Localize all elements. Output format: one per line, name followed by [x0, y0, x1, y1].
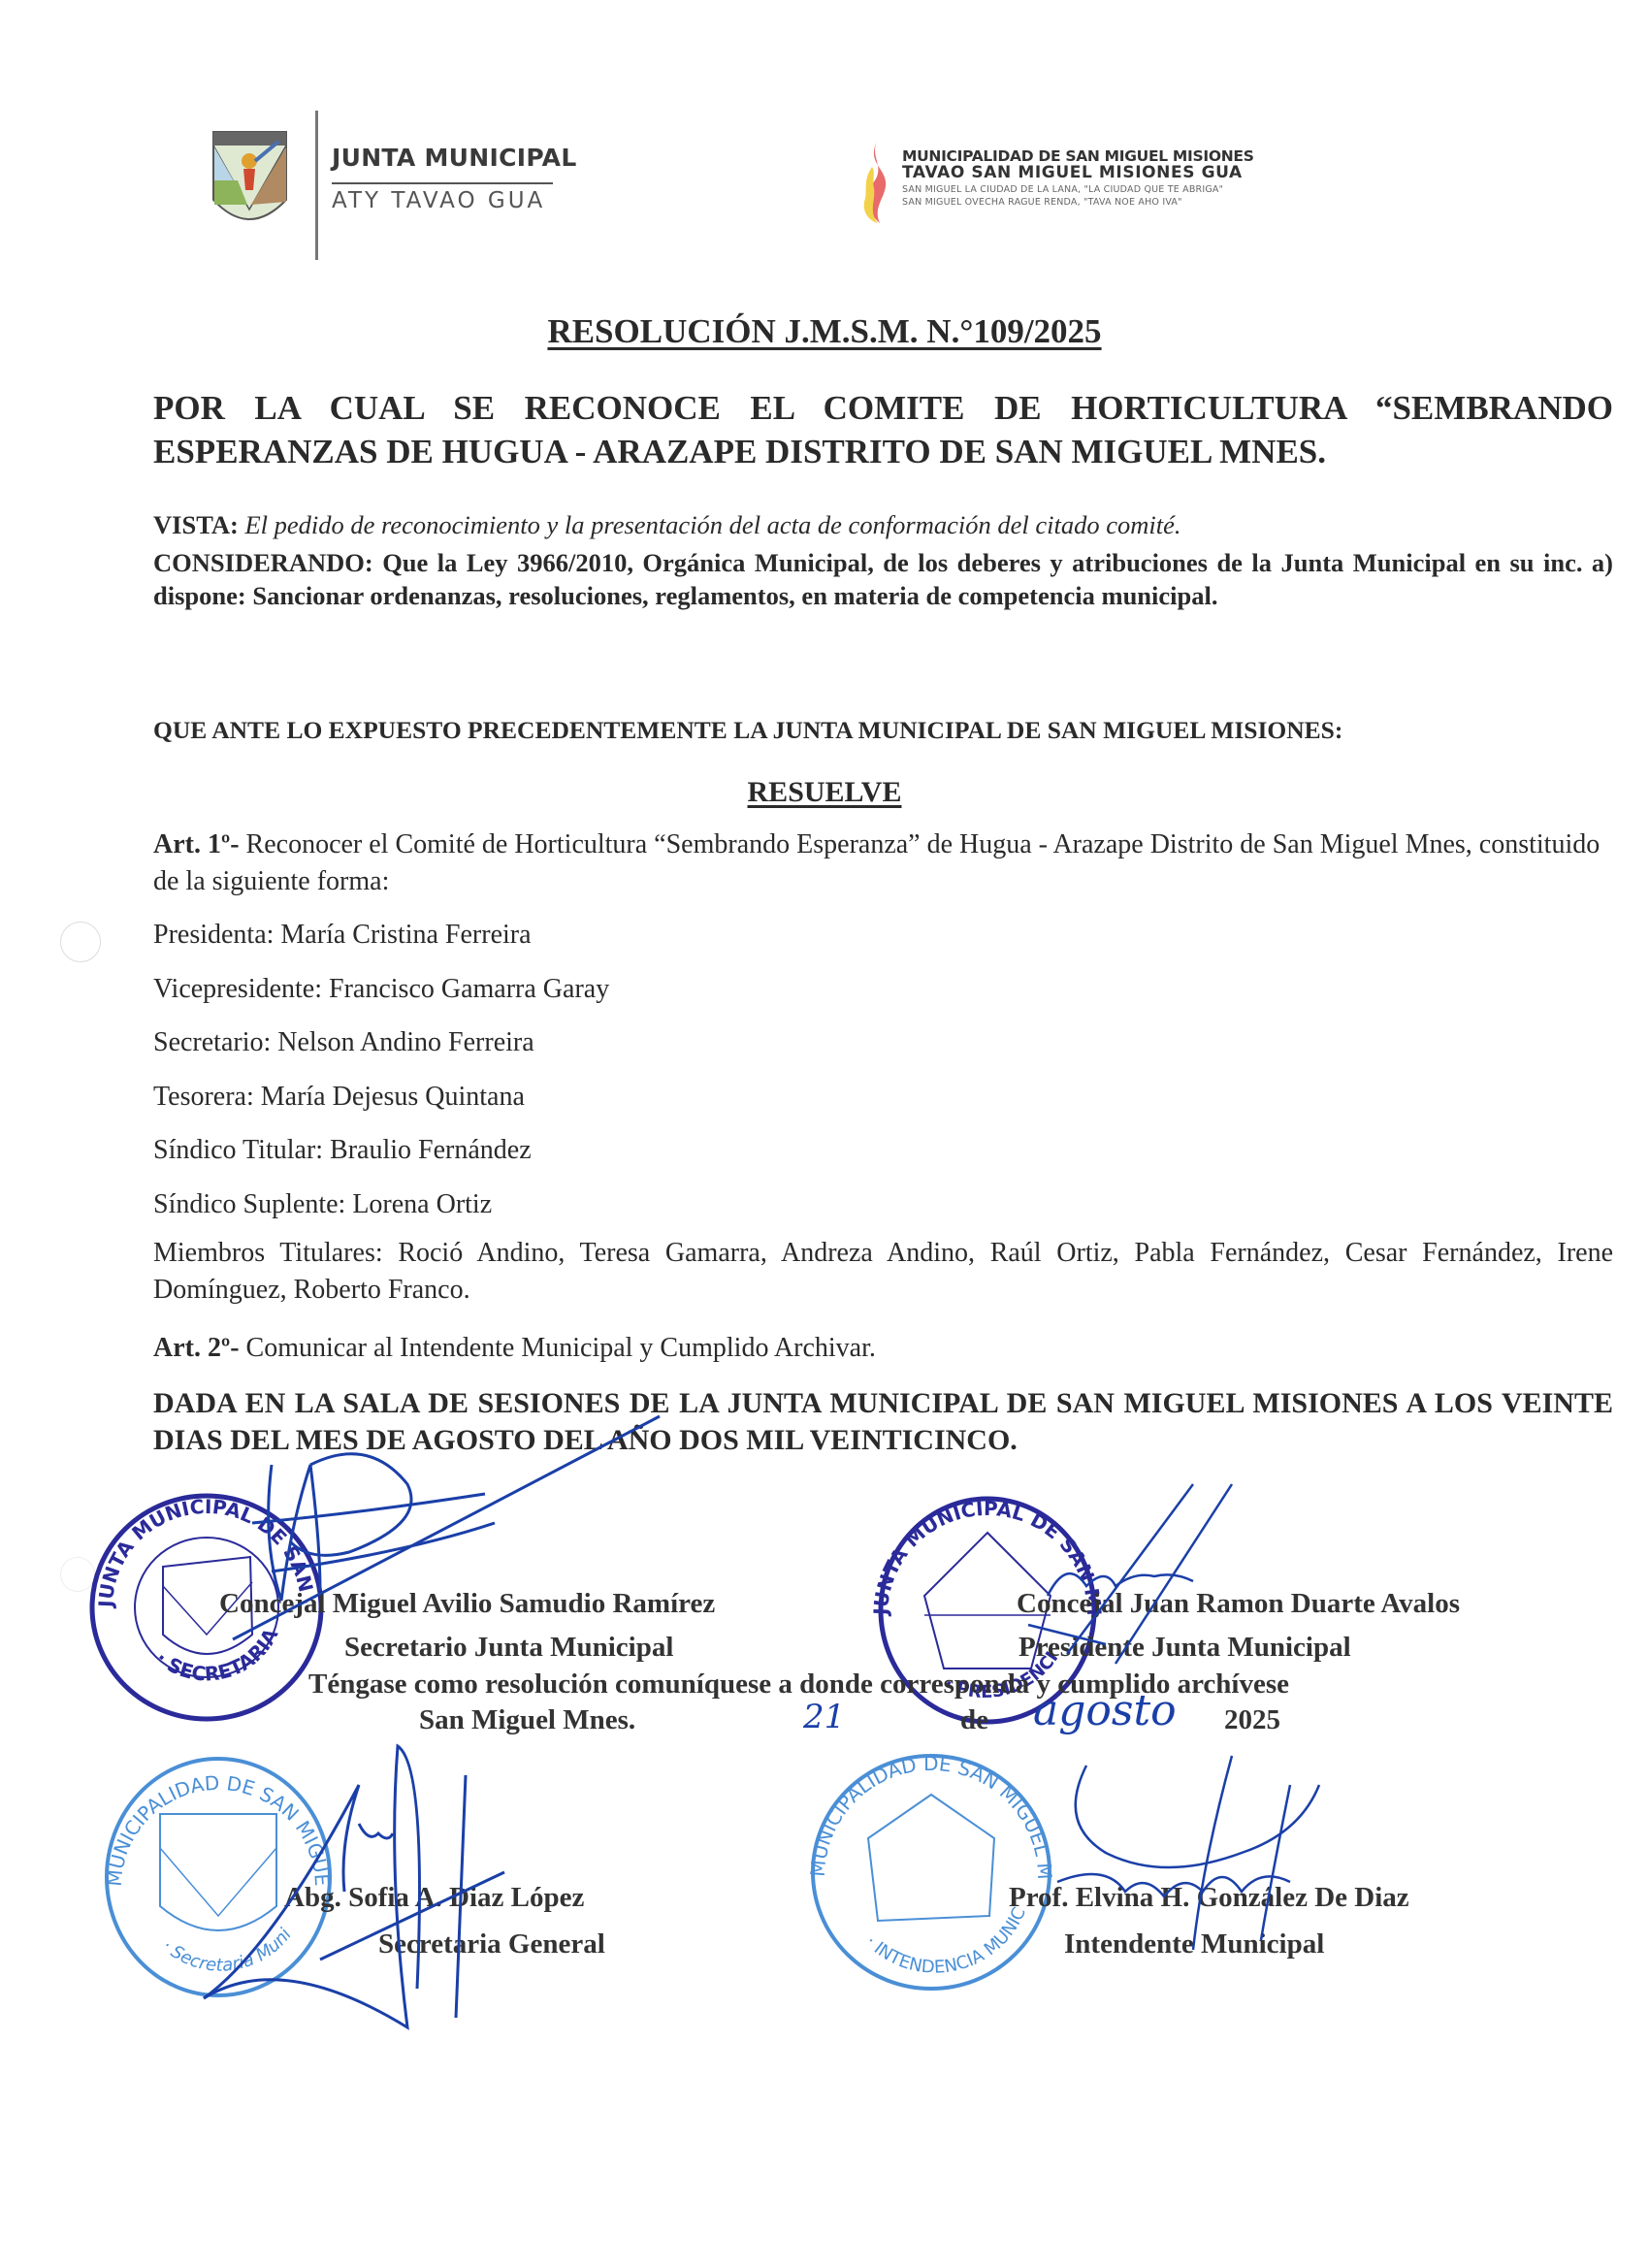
intendente-name: Prof. Elvina H. González De Diaz: [1009, 1882, 1409, 1914]
promulgation-text: Téngase como resolución comuníquese a do…: [308, 1669, 1289, 1701]
article-2: Art. 2º- Comunicar al Intendente Municip…: [153, 1332, 1613, 1365]
junta-municipal-title: JUNTA MUNICIPAL: [332, 144, 577, 172]
municipality-guarani-name: TAVAO SAN MIGUEL MISIONES GUA: [902, 163, 1243, 182]
flame-logo-icon: [858, 138, 897, 225]
article-1-label: Art. 1º-: [153, 829, 240, 859]
resolution-subject: POR LA CUAL SE RECONOCE EL COMITE DE HOR…: [153, 386, 1613, 473]
resolution-title: RESOLUCIÓN J.M.S.M. N.°109/2025: [0, 312, 1649, 351]
coat-of-arms-icon: [209, 122, 291, 239]
de-text: de: [960, 1704, 988, 1736]
intendente-title: Intendente Municipal: [1064, 1928, 1324, 1960]
junta-municipal-logo: JUNTA MUNICIPAL ATY TAVAO GUA: [209, 105, 558, 260]
municipalidad-logo: MUNICIPALIDAD DE SAN MIGUEL MISIONES TAV…: [858, 136, 1305, 223]
stamp-intendencia: MUNICIPALIDAD DE SAN MIGUEL MISIONES · I…: [800, 1741, 1062, 1993]
vista-label: VISTA:: [153, 510, 239, 539]
svg-text:MUNICIPALIDAD DE SAN MIGUEL MI: MUNICIPALIDAD DE SAN MIGUEL MISIONES: [800, 1741, 1056, 1880]
article-2-text: Comunicar al Intendente Municipal y Cump…: [240, 1333, 876, 1363]
title-underline: [332, 182, 553, 184]
dada-paragraph: DADA EN LA SALA DE SESIONES DE LA JUNTA …: [153, 1385, 1613, 1459]
municipality-slogan-guarani: SAN MIGUEL OVECHA RAGUE RENDA, "TAVA NOE…: [902, 197, 1182, 208]
punch-hole-mark: [60, 922, 101, 962]
year-text: 2025: [1224, 1704, 1280, 1736]
header-divider: [315, 111, 318, 260]
place-text: San Miguel Mnes.: [419, 1704, 635, 1736]
resuelve-label: RESUELVE: [748, 776, 902, 808]
article-1: Art. 1º- Reconocer el Comité de Horticul…: [153, 826, 1613, 900]
secretaria-general-name: Abg. Sofia A. Diaz López: [284, 1882, 584, 1914]
presidente-title: Presidente Junta Municipal: [1018, 1632, 1351, 1664]
vista-paragraph: VISTA: El pedido de reconocimiento y la …: [153, 508, 1613, 541]
handwritten-day: 21: [803, 1698, 845, 1736]
municipality-slogan: SAN MIGUEL LA CIUDAD DE LA LANA, "LA CIU…: [902, 184, 1223, 195]
miembros-titulares: Miembros Titulares: Roció Andino, Teresa…: [153, 1235, 1613, 1309]
member-row: Síndico Suplente: Lorena Ortiz: [153, 1185, 609, 1240]
junta-municipal-subtitle: ATY TAVAO GUA: [332, 188, 545, 213]
secretario-title: Secretario Junta Municipal: [344, 1632, 673, 1664]
article-1-text: Reconocer el Comité de Horticultura “Sem…: [153, 829, 1600, 896]
secretaria-general-title: Secretaria General: [378, 1928, 605, 1960]
resuelve-heading: RESUELVE: [0, 776, 1649, 809]
svg-text:· SECRETARIA: · SECRETARIA: [151, 1624, 283, 1686]
committee-members-list: Presidenta: María Cristina Ferreira Vice…: [153, 916, 609, 1239]
secretario-name: Concejal Miguel Avilio Samudio Ramírez: [219, 1588, 715, 1620]
article-2-label: Art. 2º-: [153, 1333, 240, 1363]
member-row: Secretario: Nelson Andino Ferreira: [153, 1023, 609, 1078]
member-row: Síndico Titular: Braulio Fernández: [153, 1131, 609, 1185]
svg-text:MUNICIPALIDAD DE SAN MIGUEL MI: MUNICIPALIDAD DE SAN MIGUEL MISIONES: [97, 1751, 334, 1888]
member-row: Presidenta: María Cristina Ferreira: [153, 916, 609, 970]
member-row: Tesorera: María Dejesus Quintana: [153, 1078, 609, 1132]
que-ante-paragraph: QUE ANTE LO EXPUESTO PRECEDENTEMENTE LA …: [153, 714, 1613, 747]
stamp-secretaria-municipal: MUNICIPALIDAD DE SAN MIGUEL MISIONES · S…: [97, 1751, 339, 2003]
vista-text: El pedido de reconocimiento y la present…: [244, 510, 1180, 539]
considerando-paragraph: CONSIDERANDO: Que la Ley 3966/2010, Orgá…: [153, 546, 1613, 612]
resolution-number: RESOLUCIÓN J.M.S.M. N.°109/2025: [547, 312, 1101, 350]
presidente-name: Concejal Juan Ramon Duarte Avalos: [1017, 1588, 1460, 1620]
member-row: Vicepresidente: Francisco Gamarra Garay: [153, 970, 609, 1024]
